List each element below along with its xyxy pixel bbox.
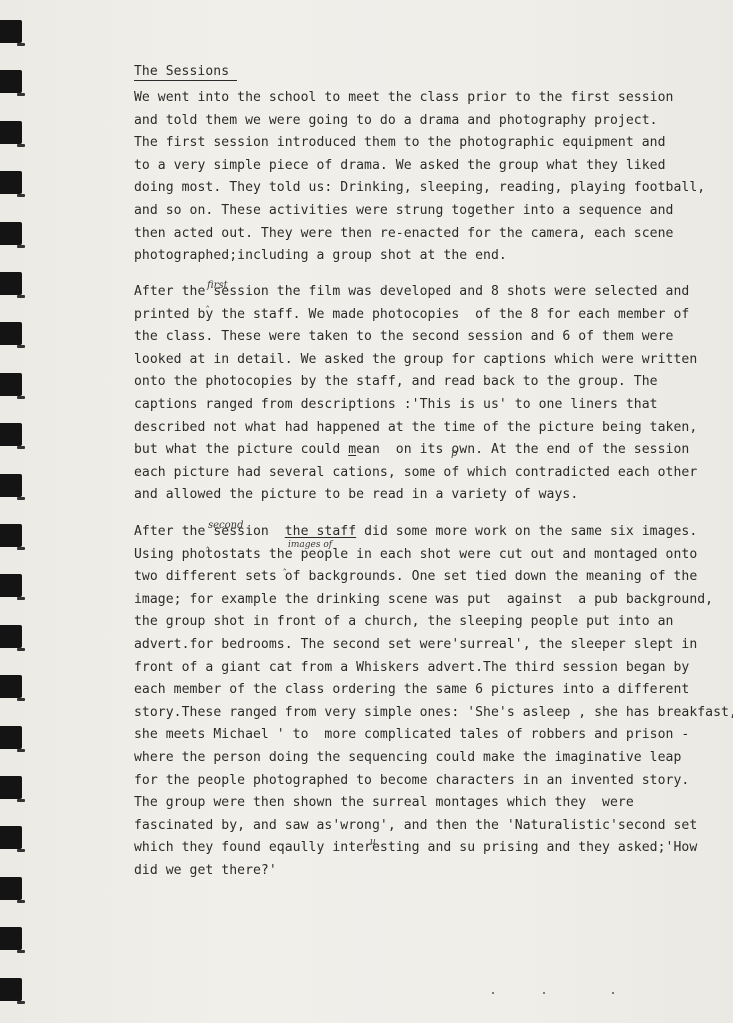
spiral-binding (0, 0, 30, 1023)
binding-hole (0, 978, 22, 1001)
binding-hole (0, 20, 22, 43)
caret-mark: ‸ (206, 297, 209, 308)
text-line: each picture had several cations, some o… (134, 462, 697, 485)
text-line: The group were then shown the surreal mo… (134, 792, 733, 815)
binding-hole (0, 826, 22, 849)
text-line: The first session introduced them to the… (134, 132, 705, 155)
text-line: described not what had happened at the t… (134, 417, 697, 440)
binding-hole (0, 927, 22, 950)
speck (612, 992, 614, 994)
text-line: and told them we were going to do a dram… (134, 110, 705, 133)
binding-hole (0, 524, 22, 547)
text-line: doing most. They told us: Drinking, slee… (134, 177, 705, 200)
speck (543, 992, 545, 994)
annotation-images-of: images of (288, 540, 332, 550)
text-line: where the person doing the sequencing co… (134, 747, 733, 770)
text-line: and allowed the picture to be read in a … (134, 484, 697, 507)
binding-hole (0, 70, 22, 93)
binding-hole (0, 322, 22, 345)
text-line: printed by the staff. We made photocopie… (134, 304, 697, 327)
text-line: story.These ranged from very simple ones… (134, 702, 733, 725)
text-line: photographed;including a group shot at t… (134, 245, 705, 268)
annotation-first: first (207, 280, 228, 291)
text-line: Using photostats the people in each shot… (134, 544, 733, 567)
binding-hole (0, 272, 22, 295)
text-line: advert.for bedrooms. The second set were… (134, 634, 733, 657)
text-line: and so on. These activities were strung … (134, 200, 705, 223)
text-line: did we get there?' (134, 860, 733, 883)
underlined-text: the staff (285, 524, 356, 539)
binding-hole (0, 373, 22, 396)
text-line: captions ranged from descriptions :'This… (134, 394, 697, 417)
caret-mark: ‸ (283, 560, 286, 571)
paragraph-2: After the session the film was developed… (134, 281, 697, 507)
text-line: each member of the class ordering the sa… (134, 679, 733, 702)
document-page: The Sessions We went into the school to … (0, 0, 733, 1023)
binding-hole (0, 171, 22, 194)
binding-hole (0, 776, 22, 799)
binding-hole (0, 574, 22, 597)
binding-hole (0, 726, 22, 749)
binding-hole (0, 423, 22, 446)
section-title: The Sessions (134, 64, 237, 81)
caret-mark: ‸ (206, 538, 209, 549)
annotation-u: u (370, 837, 376, 847)
text-line: to a very simple piece of drama. We aske… (134, 155, 705, 178)
paragraph-3: After the session the staff did some mor… (134, 521, 733, 883)
text-line: We went into the school to meet the clas… (134, 87, 705, 110)
text-line: front of a giant cat from a Whiskers adv… (134, 657, 733, 680)
binding-hole (0, 222, 22, 245)
binding-hole (0, 474, 22, 497)
binding-hole (0, 675, 22, 698)
text-line: then acted out. They were then re-enacte… (134, 223, 705, 246)
text-line: the group shot in front of a church, the… (134, 611, 733, 634)
text-line: she meets Michael ' to more complicated … (134, 724, 733, 747)
text-line: but what the picture could mean on its o… (134, 439, 697, 462)
binding-hole (0, 877, 22, 900)
speck (492, 992, 494, 994)
binding-hole (0, 625, 22, 648)
text-line: two different sets of backgrounds. One s… (134, 566, 733, 589)
annotation-p: p (451, 448, 457, 459)
text-line: for the people photographed to become ch… (134, 770, 733, 793)
binding-hole (0, 121, 22, 144)
text-line: the class. These were taken to the secon… (134, 326, 697, 349)
text-line: onto the photocopies by the staff, and r… (134, 371, 697, 394)
text-line: image; for example the drinking scene wa… (134, 589, 733, 612)
paragraph-1: We went into the school to meet the clas… (134, 87, 705, 268)
text-line: which they found eqaully interesting and… (134, 837, 733, 860)
text-line: fascinated by, and saw as'wrong', and th… (134, 815, 733, 838)
underlined-text: m (348, 442, 356, 457)
text-line: looked at in detail. We asked the group … (134, 349, 697, 372)
annotation-second: second (208, 520, 244, 531)
